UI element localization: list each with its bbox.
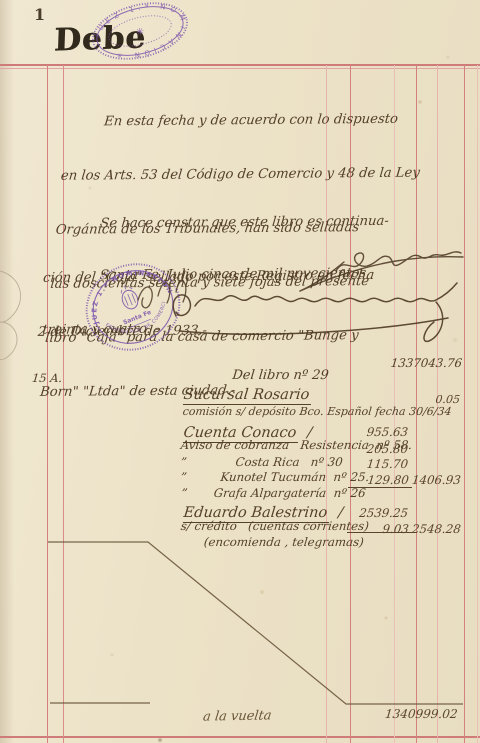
- dateline-line: Santa Fe, Julio cinco de mil novecientos: [47, 264, 449, 286]
- intro-line: En esta fecha y de acuerdo con lo dispue…: [65, 110, 479, 132]
- entry-text: (encomienda , telegramas): [181, 535, 365, 549]
- subtotal-rule: [347, 532, 413, 533]
- folio-number: 1: [34, 5, 45, 24]
- entry-amount: 2539.25: [359, 506, 409, 520]
- carry-forward-total: 1340999.02: [385, 707, 459, 721]
- page-title: Debe: [53, 19, 146, 58]
- entry-amount: 129.80: [367, 473, 410, 487]
- top-rule-line-2: [0, 68, 480, 69]
- carry-forward-note: a la vuelta: [202, 708, 272, 724]
- entry-amount: 9.03: [382, 522, 410, 536]
- margin-note: 15 A.: [31, 371, 63, 385]
- top-rule-line: [0, 64, 480, 66]
- ledger-page: 1 Debe JUEZ 1.ª NOMINACIÓN ✳ ✳ En esta f…: [0, 0, 480, 743]
- dateline-line: treinta y cuatro. -: [42, 318, 444, 340]
- ledger-row: (encomienda , telegramas) 9.03 2548.28: [161, 521, 480, 591]
- pencil-loops-icon: [0, 270, 21, 360]
- entry-amount-total: 0.05: [435, 393, 461, 406]
- entry-amount-total: 1406.93: [411, 473, 461, 487]
- bottom-rule-line: [0, 736, 480, 738]
- entry-amount-total: 2548.28: [411, 522, 461, 536]
- entry-amount: 115.70: [366, 457, 409, 471]
- entry-amount: 955.63: [366, 425, 409, 439]
- balance-forward-amount: 1337043.76: [390, 356, 463, 370]
- entry-amount: 205.80: [366, 442, 409, 456]
